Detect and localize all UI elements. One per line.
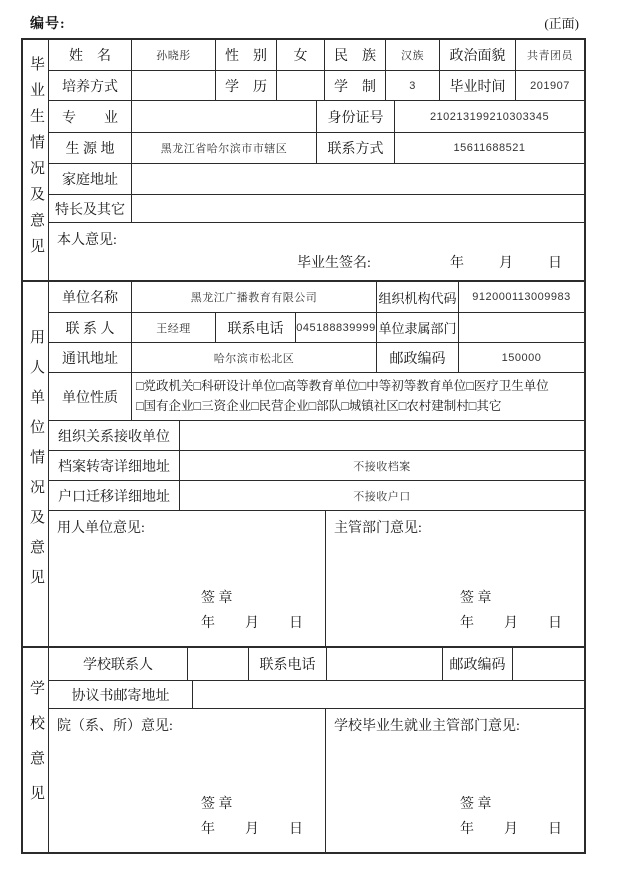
schooling-years-label: 学 制	[324, 71, 385, 100]
contact-person-value: 王经理	[131, 313, 215, 342]
stamp-label: 签 章	[460, 587, 562, 607]
archive-forward-address-value: 不接收档案	[179, 451, 584, 480]
form-table: 毕业生情况及意见 姓 名 孙晓彤 性 别 女 民 族 汉族 政治面貌 共青团员 …	[21, 38, 586, 854]
employer-type-options: □党政机关□科研设计单位□高等教育单位□中等初等教育单位□医疗卫生单位 □国有企…	[131, 373, 584, 420]
employer-type-options-line1: □党政机关□科研设计单位□高等教育单位□中等初等教育单位□医疗卫生单位	[136, 377, 549, 396]
employer-opinion-box: 用人单位意见: 签 章 年 月 日	[49, 511, 325, 646]
org-relation-receiver-value	[179, 421, 584, 450]
month-label: 月	[504, 612, 518, 632]
major-value	[131, 101, 316, 132]
personal-opinion-label: 本人意见:	[57, 229, 117, 249]
date-year-month-day: 年 月 日	[460, 612, 562, 632]
specialty-value	[131, 195, 584, 222]
employer-name-value: 黑龙江广播教育有限公司	[131, 282, 376, 312]
day-label: 日	[548, 252, 562, 272]
contact-value: 15611688521	[394, 133, 584, 163]
employer-opinion-label: 用人单位意见:	[57, 517, 145, 537]
row-specialty: 特长及其它	[49, 194, 584, 222]
year-label: 年	[460, 818, 474, 838]
org-code-value: 912000113009983	[458, 282, 584, 312]
gender-label: 性 别	[215, 40, 276, 70]
row-origin: 生 源 地 黑龙江省哈尔滨市市辖区 联系方式 15611688521	[49, 132, 584, 163]
name-label: 姓 名	[49, 40, 131, 70]
row-employer-name: 单位名称 黑龙江广播教育有限公司 组织机构代码 912000113009983	[49, 282, 584, 312]
row-name: 姓 名 孙晓彤 性 别 女 民 族 汉族 政治面貌 共青团员	[49, 40, 584, 70]
date-year-month-day: 年 月 日	[201, 818, 303, 838]
school-phone-label: 联系电话	[248, 648, 326, 680]
home-address-value	[131, 164, 584, 194]
major-label: 专 业	[49, 101, 131, 132]
row-school-opinions: 院（系、所）意见: 签 章 年 月 日 学校毕业生就业主管部门意见: 签 章	[49, 708, 584, 852]
school-postal-code-value	[512, 648, 584, 680]
archive-forward-address-label: 档案转寄详细地址	[49, 451, 179, 480]
row-school-contact: 学校联系人 联系电话 邮政编码	[49, 648, 584, 680]
date-year-month-day: 年 月 日	[201, 612, 303, 632]
row-org-relation: 组织关系接收单位	[49, 420, 584, 450]
graduate-signature-label: 毕业生签名:	[297, 252, 371, 272]
political-status-label: 政治面貌	[439, 40, 515, 70]
form-number-label: 编号:	[30, 13, 66, 33]
stamp-date-block: 签 章 年 月 日	[201, 793, 303, 838]
month-label: 月	[499, 252, 513, 272]
education-label: 学 历	[215, 71, 276, 100]
supervising-department-opinion-label: 主管部门意见:	[334, 517, 422, 537]
graduation-time-label: 毕业时间	[439, 71, 515, 100]
year-label: 年	[450, 252, 464, 272]
stamp-date-block: 签 章 年 月 日	[460, 793, 562, 838]
row-employer-type: 单位性质 □党政机关□科研设计单位□高等教育单位□中等初等教育单位□医疗卫生单位…	[49, 372, 584, 420]
year-label: 年	[460, 612, 474, 632]
contact-label: 联系方式	[316, 133, 394, 163]
vertical-label-text: 毕业生情况及意见	[28, 56, 43, 264]
stamp-date-block: 签 章 年 月 日	[460, 587, 562, 632]
school-contact-value	[187, 648, 248, 680]
employer-type-options-line2: □国有企业□三资企业□民营企业□部队□城镇社区□农村建制村□其它	[136, 397, 501, 416]
month-label: 月	[245, 818, 259, 838]
origin-value: 黑龙江省哈尔滨市市辖区	[131, 133, 316, 163]
id-number-value: 210213199210303345	[394, 101, 584, 132]
section-employer: 用人单位情况及意见 单位名称 黑龙江广播教育有限公司 组织机构代码 912000…	[23, 280, 584, 646]
affiliated-department-value	[458, 313, 584, 342]
supervising-department-opinion-box: 主管部门意见: 签 章 年 月 日	[325, 511, 584, 646]
section-graduate: 毕业生情况及意见 姓 名 孙晓彤 性 别 女 民 族 汉族 政治面貌 共青团员 …	[23, 40, 584, 280]
stamp-date-block: 签 章 年 月 日	[201, 587, 303, 632]
vertical-label-text: 用人单位情况及意见	[28, 329, 43, 599]
contact-phone-label: 联系电话	[215, 313, 295, 342]
year-label: 年	[201, 612, 215, 632]
month-label: 月	[504, 818, 518, 838]
date-year-month-day: 年 月 日	[460, 818, 562, 838]
section-school: 学校意见 学校联系人 联系电话 邮政编码 协议书邮寄地址 院（系、所）意见: 签…	[23, 646, 584, 852]
employer-type-label: 单位性质	[49, 373, 131, 420]
employer-name-label: 单位名称	[49, 282, 131, 312]
school-contact-label: 学校联系人	[49, 648, 187, 680]
school-employment-department-opinion-label: 学校毕业生就业主管部门意见:	[334, 715, 520, 735]
row-agreement-mailing: 协议书邮寄地址	[49, 680, 584, 708]
postal-code-label: 邮政编码	[376, 343, 458, 372]
stamp-label: 签 章	[460, 793, 562, 813]
row-hukou-address: 户口迁移详细地址 不接收户口	[49, 480, 584, 510]
department-opinion-label: 院（系、所）意见:	[57, 715, 173, 735]
postal-code-value: 150000	[458, 343, 584, 372]
name-value: 孙晓彤	[131, 40, 215, 70]
training-mode-value	[131, 71, 215, 100]
row-archive-address: 档案转寄详细地址 不接收档案	[49, 450, 584, 480]
hukou-transfer-address-value: 不接收户口	[179, 481, 584, 510]
agreement-mailing-address-label: 协议书邮寄地址	[49, 681, 192, 708]
home-address-label: 家庭地址	[49, 164, 131, 194]
front-side-label: (正面)	[544, 13, 579, 32]
specialty-label: 特长及其它	[49, 195, 131, 222]
day-label: 日	[289, 818, 303, 838]
day-label: 日	[548, 818, 562, 838]
graduate-signature-line: 毕业生签名: 年 月 日	[57, 252, 576, 272]
contact-person-label: 联 系 人	[49, 313, 131, 342]
row-mailing-address: 通讯地址 哈尔滨市松北区 邮政编码 150000	[49, 342, 584, 372]
school-postal-code-label: 邮政编码	[442, 648, 512, 680]
affiliated-department-label: 单位隶属部门	[376, 313, 458, 342]
date-year-month-day: 年 月 日	[450, 252, 562, 272]
vertical-label-text: 学校意见	[28, 680, 43, 820]
stamp-label: 签 章	[201, 587, 303, 607]
contact-phone-value: 045188839999	[295, 313, 376, 342]
org-code-label: 组织机构代码	[376, 282, 458, 312]
page-header: 编号: (正面)	[0, 0, 625, 38]
org-relation-receiver-label: 组织关系接收单位	[49, 421, 179, 450]
mailing-address-value: 哈尔滨市松北区	[131, 343, 376, 372]
ethnicity-label: 民 族	[324, 40, 385, 70]
agreement-mailing-address-value	[192, 681, 584, 708]
gender-value: 女	[276, 40, 324, 70]
mailing-address-label: 通讯地址	[49, 343, 131, 372]
row-employer-opinions: 用人单位意见: 签 章 年 月 日 主管部门意见: 签 章	[49, 510, 584, 646]
department-opinion-box: 院（系、所）意见: 签 章 年 月 日	[49, 709, 325, 852]
section-school-vertical-label: 学校意见	[23, 648, 49, 852]
id-number-label: 身份证号	[316, 101, 394, 132]
education-value	[276, 71, 324, 100]
month-label: 月	[245, 612, 259, 632]
year-label: 年	[201, 818, 215, 838]
school-phone-value	[326, 648, 442, 680]
personal-opinion-box: 本人意见: 毕业生签名: 年 月 日	[49, 222, 584, 280]
day-label: 日	[548, 612, 562, 632]
political-status-value: 共青团员	[515, 40, 584, 70]
day-label: 日	[289, 612, 303, 632]
stamp-label: 签 章	[201, 793, 303, 813]
hukou-transfer-address-label: 户口迁移详细地址	[49, 481, 179, 510]
ethnicity-value: 汉族	[385, 40, 439, 70]
training-mode-label: 培养方式	[49, 71, 131, 100]
row-employer-contact: 联 系 人 王经理 联系电话 045188839999 单位隶属部门	[49, 312, 584, 342]
section-graduate-vertical-label: 毕业生情况及意见	[23, 40, 49, 280]
section-employer-vertical-label: 用人单位情况及意见	[23, 282, 49, 646]
row-home-address: 家庭地址	[49, 163, 584, 194]
school-employment-department-opinion-box: 学校毕业生就业主管部门意见: 签 章 年 月 日	[325, 709, 584, 852]
origin-label: 生 源 地	[49, 133, 131, 163]
graduation-time-value: 201907	[515, 71, 584, 100]
row-major: 专 业 身份证号 210213199210303345	[49, 100, 584, 132]
schooling-years-value: 3	[385, 71, 439, 100]
row-training: 培养方式 学 历 学 制 3 毕业时间 201907	[49, 70, 584, 100]
